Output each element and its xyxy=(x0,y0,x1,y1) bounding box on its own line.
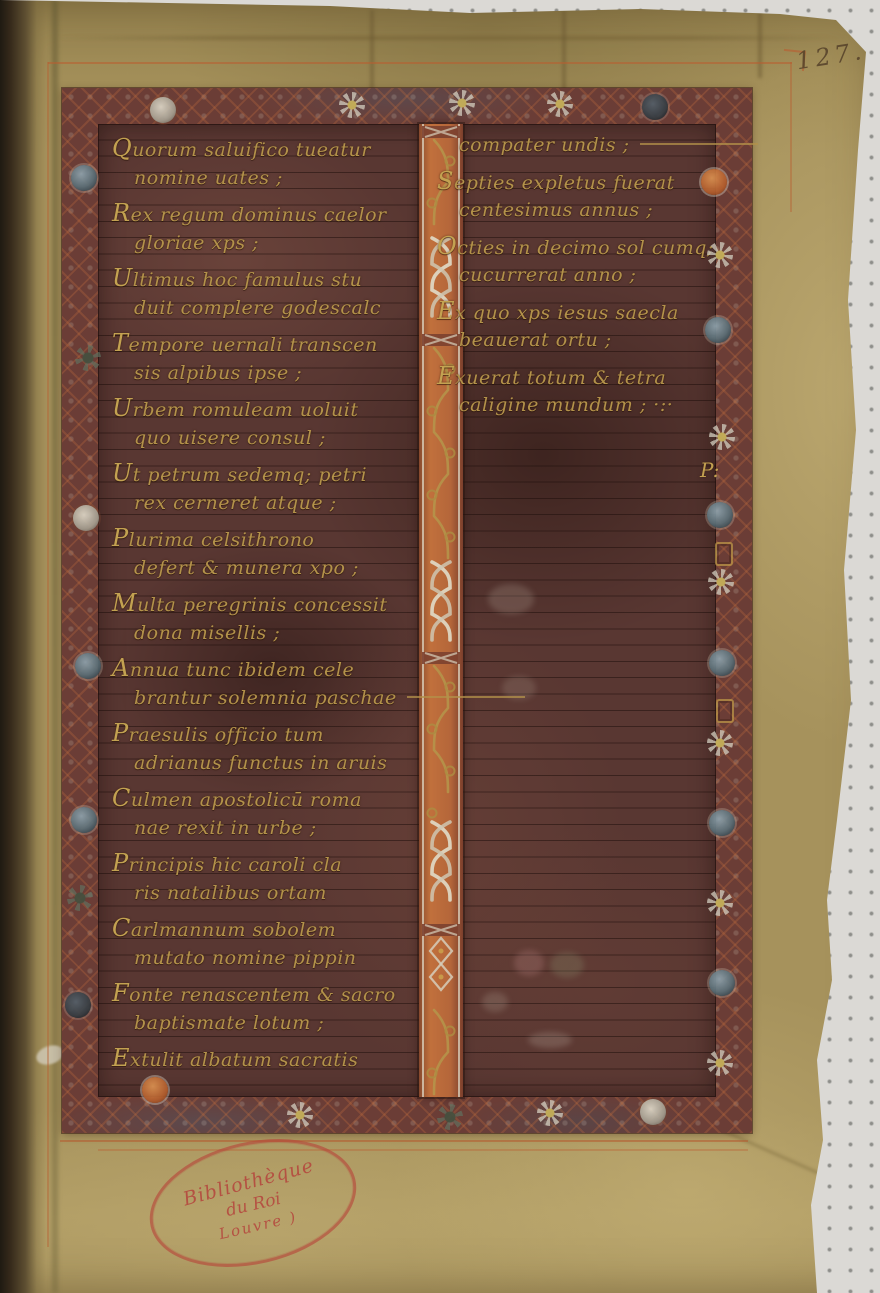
border-medallion xyxy=(67,885,93,911)
verse-line: dona misellis ; xyxy=(112,622,384,655)
gutter-crease xyxy=(52,0,58,1293)
frame-ruling-right xyxy=(790,62,792,212)
border-medallion xyxy=(707,730,733,756)
border-medallion xyxy=(640,1099,666,1125)
verse-line: Culmen apostolicū roma xyxy=(112,784,384,817)
stain-spot xyxy=(550,952,584,978)
verse-line: Tempore uernali transcen xyxy=(112,329,384,362)
parchment-crease xyxy=(758,12,762,78)
border-medallion xyxy=(716,699,734,723)
verse-line: Extulit albatum sacratis xyxy=(112,1044,384,1077)
verse-column-right: compater undis ;Septies expletus fueratc… xyxy=(437,134,715,427)
stain-spot xyxy=(482,992,508,1012)
border-medallion xyxy=(75,345,101,371)
verse-line: Ex quo xps iesus saecla xyxy=(437,297,715,330)
border-medallion xyxy=(709,424,735,450)
verse-line: ris natalibus ortam xyxy=(112,882,384,915)
border-medallion xyxy=(71,807,97,833)
verse-line: centesimus annus ; xyxy=(437,199,715,232)
border-medallion xyxy=(707,502,733,528)
digitized-manuscript-photo: 127. Quorum saluifico tueaturnomine uate… xyxy=(0,0,880,1293)
parchment-crease xyxy=(60,36,850,40)
border-medallion xyxy=(707,890,733,916)
border-medallion xyxy=(705,317,731,343)
border-medallion xyxy=(701,169,727,195)
binding-gutter xyxy=(0,0,46,1293)
verse-line: Quorum saluifico tueatur xyxy=(112,134,384,167)
border-medallion xyxy=(709,970,735,996)
verse-line: nomine uates ; xyxy=(112,167,384,200)
verse-line: sis alpibus ipse ; xyxy=(112,362,384,395)
verse-line: Octies in decimo sol cumq; xyxy=(437,232,715,265)
stain-spot xyxy=(514,950,544,976)
verse-line: Ultimus hoc famulus stu xyxy=(112,264,384,297)
frame-ruling-bottom xyxy=(60,1140,748,1142)
border-medallion xyxy=(142,1077,168,1103)
verse-line: duit complere godescalc xyxy=(112,297,384,330)
border-medallion xyxy=(449,90,475,116)
verse-line: Plurima celsithrono xyxy=(112,524,384,557)
folio-number: 127. xyxy=(794,37,867,76)
verse-line: brantur solemnia paschae xyxy=(112,687,384,720)
verse-line: Fonte renascentem & sacro xyxy=(112,979,384,1012)
verse-line: compater undis ; xyxy=(437,134,715,167)
border-medallion xyxy=(547,91,573,117)
margin-quire-mark: P: xyxy=(700,458,719,482)
border-medallion xyxy=(707,1050,733,1076)
verse-line: gloriae xps ; xyxy=(112,232,384,265)
verse-line: beauerat ortu ; xyxy=(437,329,715,362)
border-medallion xyxy=(71,165,97,191)
border-medallion xyxy=(437,1104,463,1130)
verse-line: cucurrerat anno ; xyxy=(437,264,715,297)
verse-line: caligine mundum ; ·:· xyxy=(437,394,715,427)
verse-line: Ut petrum sedemq; petri xyxy=(112,459,384,492)
verse-line: Septies expletus fuerat xyxy=(437,167,715,200)
verse-line: quo uisere consul ; xyxy=(112,427,384,460)
line-filler xyxy=(407,696,525,698)
verse-column-left: Quorum saluifico tueaturnomine uates ;Re… xyxy=(112,134,384,1077)
verse-line: Multa peregrinis concessit xyxy=(112,589,384,622)
border-medallion xyxy=(709,810,735,836)
verse-line: baptismate lotum ; xyxy=(112,1012,384,1045)
verse-line: adrianus functus in aruis xyxy=(112,752,384,785)
verse-line: Praesulis officio tum xyxy=(112,719,384,752)
verse-line: rex cerneret atque ; xyxy=(112,492,384,525)
verse-line: Rex regum dominus caelor xyxy=(112,199,384,232)
border-medallion xyxy=(707,242,733,268)
library-stamp: Bibliothèque du Roi Louvre ) xyxy=(137,1120,369,1286)
border-medallion xyxy=(150,97,176,123)
border-medallion xyxy=(537,1100,563,1126)
stain-spot xyxy=(528,1032,572,1048)
border-medallion xyxy=(715,542,733,566)
border-medallion xyxy=(75,653,101,679)
verse-line: defert & munera xpo ; xyxy=(112,557,384,590)
verse-line: Carlmannum sobolem xyxy=(112,914,384,947)
border-medallion xyxy=(708,569,734,595)
verse-line: Urbem romuleam uoluit xyxy=(112,394,384,427)
stain-spot xyxy=(488,584,534,614)
border-medallion xyxy=(709,650,735,676)
verse-line: Annua tunc ibidem cele xyxy=(112,654,384,687)
border-medallion xyxy=(339,92,365,118)
parchment-crease xyxy=(370,10,374,90)
verse-line: mutato nomine pippin xyxy=(112,947,384,980)
border-medallion xyxy=(73,505,99,531)
parchment-leaf: 127. Quorum saluifico tueaturnomine uate… xyxy=(0,0,880,1293)
frame-ruling-bottom-inner xyxy=(98,1149,748,1151)
border-medallion xyxy=(642,94,668,120)
verse-line: Exuerat totum & tetra xyxy=(437,362,715,395)
border-medallion xyxy=(287,1102,313,1128)
frame-ruling-left xyxy=(47,62,49,1247)
border-medallion xyxy=(65,992,91,1018)
verse-line: nae rexit in urbe ; xyxy=(112,817,384,850)
line-filler xyxy=(640,143,758,145)
frame-ruling-top xyxy=(48,62,792,64)
verse-line: Principis hic caroli cla xyxy=(112,849,384,882)
